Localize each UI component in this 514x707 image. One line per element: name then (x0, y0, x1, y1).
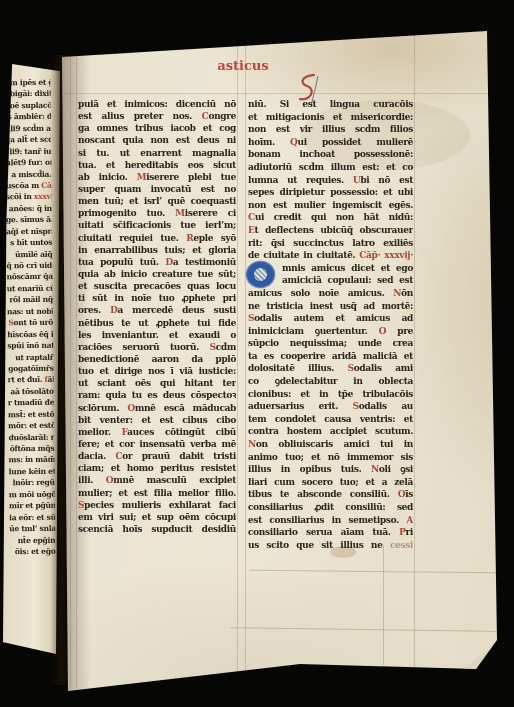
ink-text: ōftōna mq̄s (10, 444, 55, 453)
text-line: ia eōr: et sūt (9, 511, 55, 523)
text-line: ores. Da mercedē deus susti (78, 305, 236, 317)
ink-text: q̄ nō crī uidet (6, 261, 52, 271)
ink-text: ta es cooperire aridā maliciā et (248, 352, 413, 362)
ink-text: bit venter: et est cibus cibo (78, 416, 236, 426)
ink-text: cd̄m (216, 343, 236, 353)
ink-text: consiliario serua aīam tuā. (248, 528, 399, 538)
text-line: illius in opibus tuis. Noli ꝯsi (248, 464, 413, 477)
ink-text: mulier; et est filia melior filio. (78, 489, 236, 499)
text-line: nas: ut nobī (7, 306, 53, 318)
ink-text: scenciā hoīs supducit desid̄iū (78, 525, 236, 535)
rubricated-text: O (379, 327, 387, 337)
ink-text: men tuū; et isrl’ quē coequasti (78, 197, 236, 207)
text-line: et suscita precacōes quas locu (78, 281, 236, 293)
text-line: tuo et dirige nos ī viā iusticie: (78, 366, 236, 378)
text-line: nētibus te ut ꝓphete tui fide (78, 318, 236, 330)
ink-text: lnōir: regū (13, 478, 55, 487)
ink-text: hoīm. (248, 138, 290, 148)
ink-text: tibus te absconde consiliū. (248, 490, 398, 500)
ink-text: ge. sīmus ā. (6, 215, 52, 224)
text-line: mst̄: et estōit (8, 408, 54, 420)
text-line: quia ab inicio creature tue sūt; (78, 269, 236, 281)
text-line: a miscd̄ia. (5, 168, 51, 180)
ink-text: rt et đuī. (8, 375, 45, 384)
ink-text: ont tō urō (13, 318, 53, 327)
ink-text: amiciciā copulaui: sed est (282, 276, 413, 286)
ink-text: ms: in mām̄ (8, 455, 54, 464)
text-line: animo tuo; et nō immemor sis (248, 452, 413, 465)
illuminated-initial-O (246, 261, 275, 288)
ink-text: a testimoniū (173, 258, 236, 268)
text-line: cionibus: et in tp̄e tribulacōis (248, 389, 413, 402)
text-line: scōi in xxxvi (6, 191, 52, 203)
ink-text: a miscd̄ia. (11, 169, 51, 178)
text-line: mōr: et estōnk (8, 420, 54, 432)
text-line: duōslarāl: r (8, 431, 54, 443)
text-line: aduersarius erit. Sodalis au (248, 401, 413, 414)
ink-text: ui possidet mulierē (298, 138, 413, 148)
text-line: dacia. Cor prauū dabit tristi (78, 451, 236, 463)
ink-text: nētibus te ut ꝓphete tui fide (78, 319, 236, 329)
text-line: Et deflectens ubicūq̄ obscurauer (248, 225, 413, 238)
text-line: noscant quia non est deus ni (78, 135, 236, 147)
text-column-left: puiā et inimicos: dicenciū nōest alius p… (78, 99, 236, 536)
parchment-crease (250, 570, 496, 574)
ink-text: noscant quia non est deus ni (78, 136, 236, 146)
text-line: bit venter: et est cibus cibo (78, 415, 236, 427)
ruling-line-vertical (76, 33, 77, 688)
ink-text: anōes: q̄ in (9, 204, 52, 213)
text-line: non est vir illius scd̄m filios (248, 124, 413, 137)
ink-text: ram: quia tu es deus cōspectoꝛ (78, 391, 236, 401)
text-line: super quam invocatū est no (78, 184, 236, 196)
text-line: est alius preter nos. Congre (78, 111, 236, 123)
text-line: de ciuitate in ciuitatē. Cāp̄· xxxvij· (248, 250, 413, 263)
ink-text: mst̄: et estōit (8, 409, 54, 419)
ink-text: s hīt untos (10, 238, 52, 247)
text-line: illi. Omnē masculū excipiet (78, 475, 236, 487)
text-line: amicus solo noīe amicus. Nōn (248, 288, 413, 301)
ink-text: odalis ami (354, 364, 413, 374)
ink-text: uscōa m (6, 181, 41, 190)
text-line: nt̄e epḡin (9, 534, 55, 546)
text-line: Non obliuiscaris amici tui in (248, 439, 413, 452)
text-line: est consiliarius in semetipso. A (248, 515, 413, 528)
ink-text: iserere plebi tue (146, 173, 236, 183)
ink-text: ūmīlē aīq̄ (15, 249, 52, 258)
text-line: sūpcio nequissima; unde crea (248, 338, 413, 351)
text-line: hīscōas ēq̄ in (7, 328, 53, 340)
text-line: adiutoriū scd̄m illum est: et co (248, 162, 413, 175)
ink-text: pre (386, 327, 413, 337)
text-line: Species mulieris exhilarat faci (78, 500, 236, 512)
ink-text: tua. et hereditabis eos sicut (78, 161, 236, 171)
text-line: illi9 scd̄m adē (5, 123, 51, 135)
text-line: ōis: et eḡo (9, 546, 55, 558)
ink-text: duōslarāl: r (9, 432, 55, 441)
ruling-line-vertical (70, 33, 71, 688)
ink-text: ne tristicia inest usq̄ ad mortē: (248, 302, 413, 312)
ink-text: mnē masculū excipiet (113, 476, 236, 486)
text-line: rōl māil nq̄ (7, 294, 53, 306)
ink-text: illi9 scd̄m adē (5, 123, 51, 133)
ink-text: iserere ci (185, 209, 236, 219)
text-line: anōes: q̄ in (6, 203, 52, 215)
ink-text: et suscita precacōes quas locu (78, 282, 236, 292)
ink-text: cionibus: et in tp̄e tribulacōis (248, 390, 413, 400)
text-line: uscōa m Cā (6, 180, 52, 192)
text-line: tua. et hereditabis eos sicut (78, 160, 236, 172)
text-line: lumna ut requies. Ubi nō est (248, 175, 413, 188)
ink-text: ciam; et homo peritus resistet (78, 464, 236, 474)
ink-text: ab inicio. (78, 173, 137, 183)
text-line: scenciā hoīs supducit desid̄iū (78, 524, 236, 536)
text-line: ūe tml’ snla (9, 523, 55, 535)
ink-text: illius in opibus tuis. (248, 465, 371, 475)
text-line: sclōrum. Omnē escā māducab (78, 403, 236, 415)
rubricated-text: A (406, 516, 413, 526)
text-line: ta es cooperire aridā maliciā et (248, 351, 413, 364)
ink-text: ulēt9 fur: ord̄ (5, 158, 51, 168)
ink-text: uitati sc̄ificacionis tue ierl’m; (78, 221, 236, 231)
rubricated-text: O (127, 404, 135, 414)
text-line: primogenito tuo. Miserere ci (78, 208, 236, 220)
ink-text: is āmblēr: đi (5, 112, 51, 122)
ink-text: um ipēs et ḡ (4, 78, 50, 88)
ink-text: pecies mulieris exhilarat faci (84, 501, 236, 511)
text-line: doē suplacōe. et (5, 100, 51, 112)
ink-text: si tu. ut enarrent magnalia (78, 149, 236, 159)
ink-text: tem condolet causa ventris: et (248, 415, 413, 425)
text-line: co ꝯdelectabitur in oblecta (248, 376, 413, 389)
ink-text: dacia. (78, 452, 115, 462)
ink-text: benedictionē aaron da pplō (78, 355, 236, 365)
ink-text: aduersarius erit. (248, 402, 353, 412)
ink-text: lumna ut requies. (248, 176, 353, 186)
text-line: rt et đuī. fāio (8, 374, 54, 386)
text-line: tibus te absconde consiliū. Oīs (248, 489, 413, 502)
manuscript-photo: um ipēs et ḡubigāi: dixitdoē suplacōe. … (0, 0, 514, 707)
ink-text: tuo et dirige nos ī viā iusticie: (78, 367, 236, 377)
text-line: melior. Fauces cōtingūt cibū (78, 427, 236, 439)
text-column-right: niū. Si est lingua curacōiset mitigacion… (248, 99, 413, 552)
text-line: r tmadīū đe (8, 397, 54, 409)
text-line: fere; et cor insensatū verba mē (78, 439, 236, 451)
ink-text: m mōi uōgōr (9, 489, 55, 499)
ink-text: raciōes seruorū tuorū. (78, 343, 210, 353)
text-line: Sodalis autem et amicus ad (248, 313, 413, 326)
text-line: men tuū; et isrl’ quē coequasti (78, 196, 236, 208)
ink-text: īs (405, 490, 413, 500)
ink-text: ongre (208, 112, 236, 122)
text-line: ōftōna mq̄s (8, 443, 54, 455)
ink-text: aā tōsolāto (10, 387, 54, 396)
text-line: li9: tanr̄ iu (5, 145, 51, 157)
ink-text: li9: tanr̄ iu (9, 146, 51, 155)
ink-text: bonam inchoat possessionē: (248, 150, 413, 160)
ink-text: us scito que sit illius ne (248, 541, 383, 551)
text-line: ab inicio. Miserere plebi tue (78, 172, 236, 184)
ink-text: a mercedē deus susti (118, 306, 236, 316)
ink-text: ōn (401, 289, 413, 299)
ink-text: sclōrum. (78, 404, 127, 414)
ruling-line-vertical (245, 33, 246, 688)
ink-text: oli ꝯsi (379, 465, 413, 475)
text-line: ti sūt in noīe tuo ꝓphete pri (78, 293, 236, 305)
text-line: non est mulier ingemiscit egēs. (248, 200, 413, 213)
text-line: ram: quia tu es deus cōspectoꝛ (78, 390, 236, 402)
text-line: ūmīlē aīq̄ (6, 248, 52, 260)
text-line: si tu. ut enarrent magnalia (78, 148, 236, 160)
running-title: asticus (198, 59, 288, 74)
text-line: ut sciant oēs qui hitant ter (78, 378, 236, 390)
text-line: ubigāi: dixit (5, 88, 51, 100)
text-line: mulier; et est filia melior filio. (78, 488, 236, 500)
text-line: nōscāmr q̄a m (7, 271, 53, 283)
text-line: les inveniantur. et exaudi o (78, 330, 236, 342)
ink-text: les inveniantur. et exaudi o (78, 331, 236, 341)
parchment-crease (383, 545, 384, 665)
text-line: spūi īnō nato (7, 340, 53, 352)
text-line: uitati sc̄ificacionis tue ierl’m; (78, 220, 236, 232)
text-line: et mitigacionis et misericordie: (248, 112, 413, 125)
text-line: raciōes seruorū tuorū. Scd̄m (78, 342, 236, 354)
ink-text: on obliuiscaris amici tui in (256, 440, 413, 450)
manuscript-page: asticus ˄ōnibs puiā et inimicos: dicenci… (0, 0, 514, 707)
ink-text: rōl māil nq̄ (9, 295, 53, 304)
ink-text: non est vir illius scd̄m filios (248, 125, 413, 135)
text-line: lnōir: regū (9, 477, 55, 489)
text-line: q̄ nō crī uidet (6, 260, 52, 272)
ink-text: ri (406, 528, 413, 538)
ink-text: rit: q̄si succinctus latro exiliēs (248, 239, 413, 249)
text-line: ciuitati requiei tue. Reple syō (78, 233, 236, 245)
ink-text: aq̄i et nīsprat (6, 226, 52, 236)
text-line: ga omnes tribus iacob et cog (78, 123, 236, 135)
ink-text: or prauū dabit tristi (122, 452, 236, 462)
text-line: tua populū tuū. Da testimoniū (78, 257, 236, 269)
text-line: contra hostem accipiet scutum. (248, 426, 413, 439)
ink-text: est alius preter nos. (78, 112, 202, 122)
rubricated-text: D (110, 306, 117, 316)
ink-text: illi. (78, 476, 106, 486)
text-line: em viri sui; et sup oēm cōcupi (78, 512, 236, 524)
ink-text: amicus solo noīe amicus. (248, 289, 393, 299)
ink-text: et mitigacionis et misericordie: (248, 113, 413, 123)
text-line: liari cum socero tuo; et a zelā (248, 477, 413, 490)
text-line: ulēt9 fur: ord̄ (5, 157, 51, 169)
ruling-line-vertical (414, 33, 415, 688)
ink-text: ūe tml’ snla (9, 524, 55, 533)
ink-text: melior. (78, 428, 122, 438)
text-line: tem condolet causa ventris: et (248, 414, 413, 427)
ink-text: q̄a alt̄ et scd̄a (5, 135, 51, 145)
ink-text: quia ab inicio creature tue sūt; (78, 270, 236, 280)
text-line: gogatōīmr̄s (7, 363, 53, 375)
ink-text: ores. (78, 306, 110, 316)
rubricated-text: N (371, 465, 379, 475)
ink-text: inimiciciam ꝯuertentur. (248, 327, 379, 337)
text-line: m mōi uōgōr (9, 488, 55, 500)
text-line: hoīm. Qui possidet mulierē (248, 137, 413, 150)
ink-text: scōi in (6, 192, 34, 201)
rubricated-text: N (393, 289, 401, 299)
ink-text: consiliarius ꝓdit consiliū: sed (248, 503, 413, 513)
ink-text: ga omnes tribus iacob et cog (78, 124, 236, 134)
text-line: Cui credit qui non hāt nidū: (248, 212, 413, 225)
ink-text: non est mulier ingemiscit egēs. (248, 201, 413, 211)
rubricated-text: C (248, 213, 255, 223)
ink-text: ti sūt in noīe tuo ꝓphete pri (78, 294, 236, 304)
ink-text: ia eōr: et sūt (9, 512, 55, 522)
ink-text: ut raptalr̄ (15, 352, 53, 361)
ink-text: spūi īnō nato (7, 341, 53, 351)
text-line: dolositatē illius. Sodalis ami (248, 363, 413, 376)
text-line: ne tristicia inest usq̄ ad mortē: (248, 301, 413, 314)
ink-text: bi nō est (360, 176, 413, 186)
ruling-line-vertical (237, 33, 238, 688)
ink-text: co ꝯdelectabitur in oblecta (248, 377, 413, 387)
ink-text: dolositatē illius. (248, 364, 348, 374)
rubricated-text: M (175, 209, 185, 219)
text-line: s hīt untos (6, 237, 52, 249)
ink-text: em viri sui; et sup oēm cōcupi (78, 513, 236, 523)
text-line: um ipēs et ḡ (4, 77, 50, 89)
ink-text: tua populū tuū. (78, 258, 165, 268)
ink-text: fere; et cor insensatū verba mē (78, 440, 236, 450)
ink-text: doē suplacōe. et (5, 100, 51, 110)
rubricated-text: Q (290, 138, 298, 148)
ink-text: super quam invocatū est no (78, 185, 236, 195)
rubricated-text: M (137, 173, 147, 183)
text-line: rit: q̄si succinctus latro exiliēs (248, 238, 413, 251)
text-line: ge. sīmus ā. (6, 214, 52, 226)
ink-text: niū. Si est lingua curacōis (248, 100, 413, 110)
ink-text: animo tuo; et nō immemor sis (248, 453, 413, 463)
rubricated-text: D (165, 258, 172, 268)
rubricated-text: N (248, 440, 256, 450)
ink-text: mnē escā māducab (135, 404, 236, 414)
ink-text: adiutoriū scd̄m illum est: et co (248, 163, 413, 173)
ink-text: cessi (383, 541, 413, 551)
ink-text: t deflectens ubicūq̄ obscurauer (255, 226, 413, 236)
ruling-line-horizontal (64, 93, 494, 94)
ink-text: r tmadīū đe (8, 398, 54, 407)
text-line: puiā et inimicos: dicenciū nō (78, 99, 236, 111)
text-line: ut raptalr̄ (7, 351, 53, 363)
ink-text: lune kēin et (9, 467, 55, 476)
ink-text: gogatōīmr̄s (8, 364, 53, 373)
text-line: consiliario serua aīam tuā. Pri (248, 527, 413, 540)
ink-text: primogenito tuo. (78, 209, 175, 219)
text-line: ms: in mām̄ (8, 454, 54, 466)
ink-text: ubigāi: dixit (5, 89, 51, 98)
parchment-crease (230, 627, 496, 632)
text-line: ciam; et homo peritus resistet (78, 463, 236, 475)
ink-text: auces cōtingūt cibū (127, 428, 236, 438)
ink-text: odalis au (359, 402, 413, 412)
text-line: inimiciciam ꝯuertentur. O pre (248, 326, 413, 339)
text-line: bonam inchoat possessionē: (248, 149, 413, 162)
ink-text: ut sciant oēs qui hitant ter (78, 379, 236, 389)
text-line: Sont tō urō (7, 317, 53, 329)
facing-page-text-fragments: um ipēs et ḡubigāi: dixitdoē suplacōe. … (4, 77, 55, 558)
ink-text: nōscāmr q̄a m (7, 272, 53, 282)
text-line: us scito que sit illius ne cessi (248, 540, 413, 553)
ink-text: ui credit qui non hāt nidū: (255, 213, 413, 223)
dog-ear-corner-fold (462, 644, 496, 671)
text-line: benedictionē aaron da pplō (78, 354, 236, 366)
text-line: consiliarius ꝓdit consiliū: sed (248, 502, 413, 515)
ink-text: in enarrabilibus tuis; et gloria (78, 246, 236, 256)
ink-text: mīr et pḡūn (9, 501, 55, 510)
ink-text: puiā et inimicos: dicenciū nō (78, 100, 236, 110)
ink-text: mōr: et estōnk (8, 421, 54, 431)
ink-text: de ciuitate in ciuitatē. (248, 251, 359, 261)
ink-text: odalis autem et amicus ad (254, 314, 413, 324)
ink-text: liari cum socero tuo; et a zelā (248, 478, 413, 488)
ink-text: eple syō (193, 234, 236, 244)
ink-text: hīscōas ēq̄ in (7, 329, 53, 339)
text-line: lune kēin et (9, 466, 55, 478)
ink-text: ut enarīū cū (7, 284, 53, 294)
text-line: niū. Si est lingua curacōis (248, 99, 413, 112)
ink-text: mnis amicus dicet et ego (282, 264, 413, 274)
ink-text: sūpcio nequissima; unde crea (248, 339, 413, 349)
ink-text: sepes diripietur possessio: et ubi (248, 188, 413, 198)
text-line: q̄a alt̄ et scd̄a (5, 134, 51, 146)
text-line: is āmblēr: đi (5, 111, 51, 123)
rubricated-text: Cāp̄· xxxvij· (359, 251, 413, 261)
ink-text: est consiliarius in semetipso. (248, 516, 406, 526)
text-line: sepes diripietur possessio: et ubi (248, 187, 413, 200)
ink-text: ciuitati requiei tue. (78, 234, 186, 244)
text-line: aq̄i et nīsprat (6, 225, 52, 237)
ink-text: nas: ut nobī (7, 306, 53, 315)
text-line: in enarrabilibus tuis; et gloria (78, 245, 236, 257)
text-line: ut enarīū cū (7, 283, 53, 295)
text-line: mīr et pḡūn (9, 500, 55, 512)
ink-text: contra hostem accipiet scutum. (248, 427, 413, 437)
text-line: aā tōsolāto (8, 386, 54, 398)
